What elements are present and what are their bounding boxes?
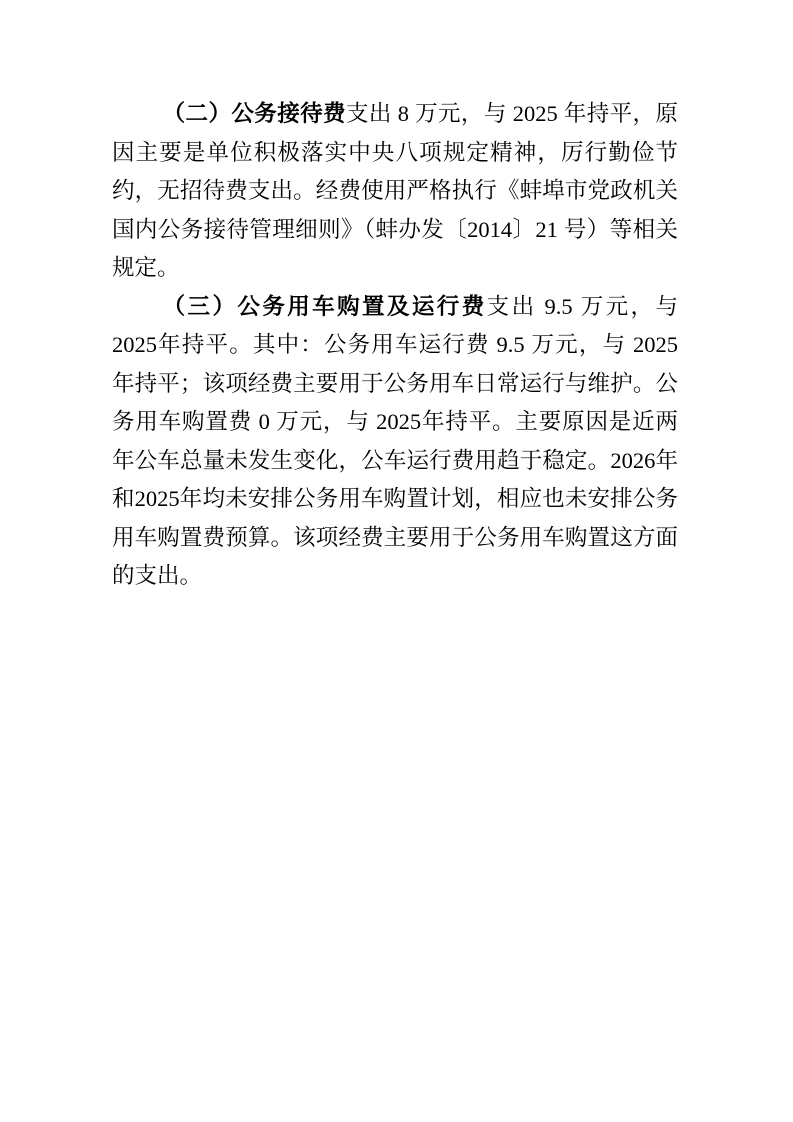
- paragraph-text-official-reception-expense: 支出 8 万元，与 2025 年持平，原因主要是单位积极落实中央八项规定精神，厉…: [112, 101, 678, 280]
- paragraph-official-reception-expense: （二）公务接待费支出 8 万元，与 2025 年持平，原因主要是单位积极落实中央…: [112, 95, 678, 288]
- document-page: （二）公务接待费支出 8 万元，与 2025 年持平，原因主要是单位积极落实中央…: [0, 0, 793, 1122]
- paragraph-lead-official-vehicle-expense: （三）公务用车购置及运行费: [163, 294, 487, 319]
- paragraph-official-vehicle-expense: （三）公务用车购置及运行费支出 9.5 万元，与 2025年持平。其中：公务用车…: [112, 288, 678, 596]
- document-body: （二）公务接待费支出 8 万元，与 2025 年持平，原因主要是单位积极落实中央…: [112, 95, 678, 596]
- paragraph-text-official-vehicle-expense: 支出 9.5 万元，与 2025年持平。其中：公务用车运行费 9.5 万元，与 …: [112, 294, 678, 589]
- paragraph-lead-official-reception-expense: （二）公务接待费: [163, 101, 346, 126]
